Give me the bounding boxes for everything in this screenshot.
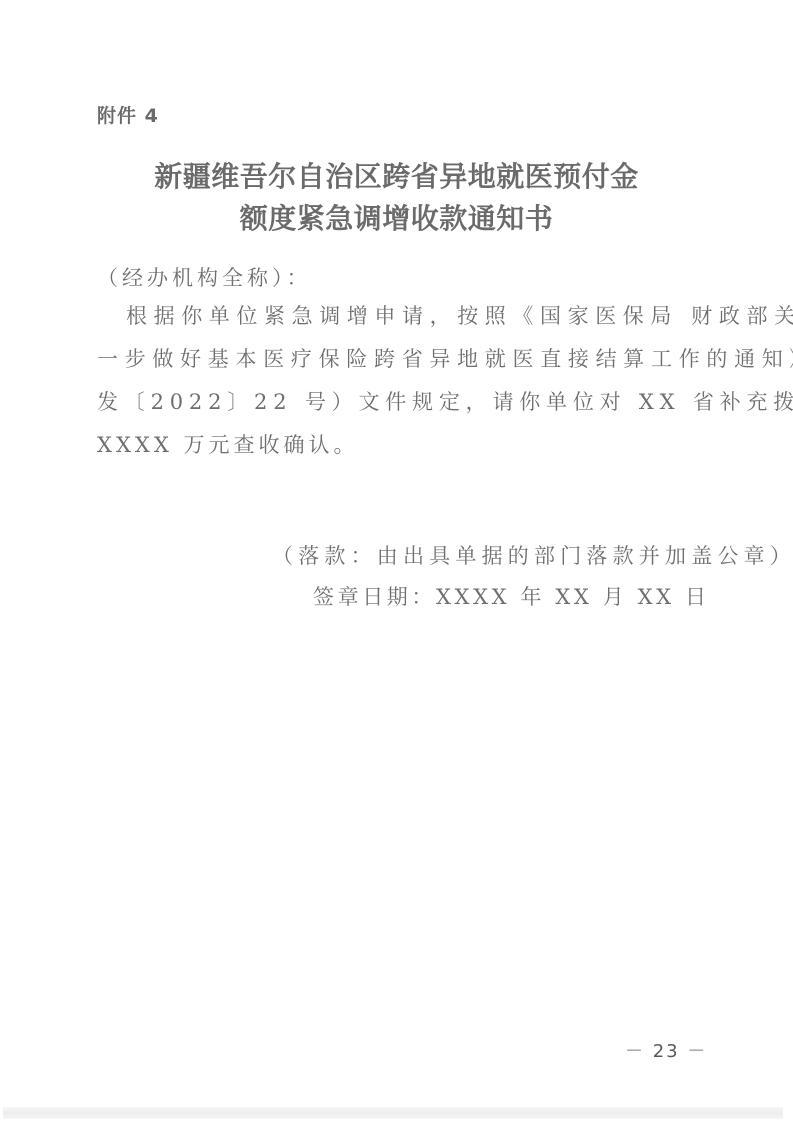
body-line-1: 根据你单位紧急调增申请，按照《国家医保局 财政部关于进 (126, 300, 726, 330)
document-title-line-2: 额度紧急调增收款通知书 (0, 197, 793, 237)
body-line-4: XXXX 万元查收确认。 (97, 429, 697, 459)
signature-note: （落款：由出具单据的部门落款并加盖公章） (272, 540, 793, 570)
page-number: － 23 － (625, 1037, 707, 1063)
document-title-line-1: 新疆维吾尔自治区跨省异地就医预付金 (0, 155, 793, 195)
document-page: 附件 4 新疆维吾尔自治区跨省异地就医预付金 额度紧急调增收款通知书 （经办机构… (0, 0, 793, 1121)
body-line-2: 一步做好基本医疗保险跨省异地就医直接结算工作的通知》（医保 (97, 343, 697, 373)
body-line-3: 发〔2022〕22 号）文件规定，请你单位对 XX 省补充拨付预付金 (97, 386, 697, 416)
attachment-label: 附件 4 (97, 101, 159, 128)
salutation: （经办机构全称）： (97, 262, 697, 292)
page-bottom-edge (3, 1107, 783, 1119)
signature-date: 签章日期：XXXX 年 XX 月 XX 日 (313, 581, 710, 611)
